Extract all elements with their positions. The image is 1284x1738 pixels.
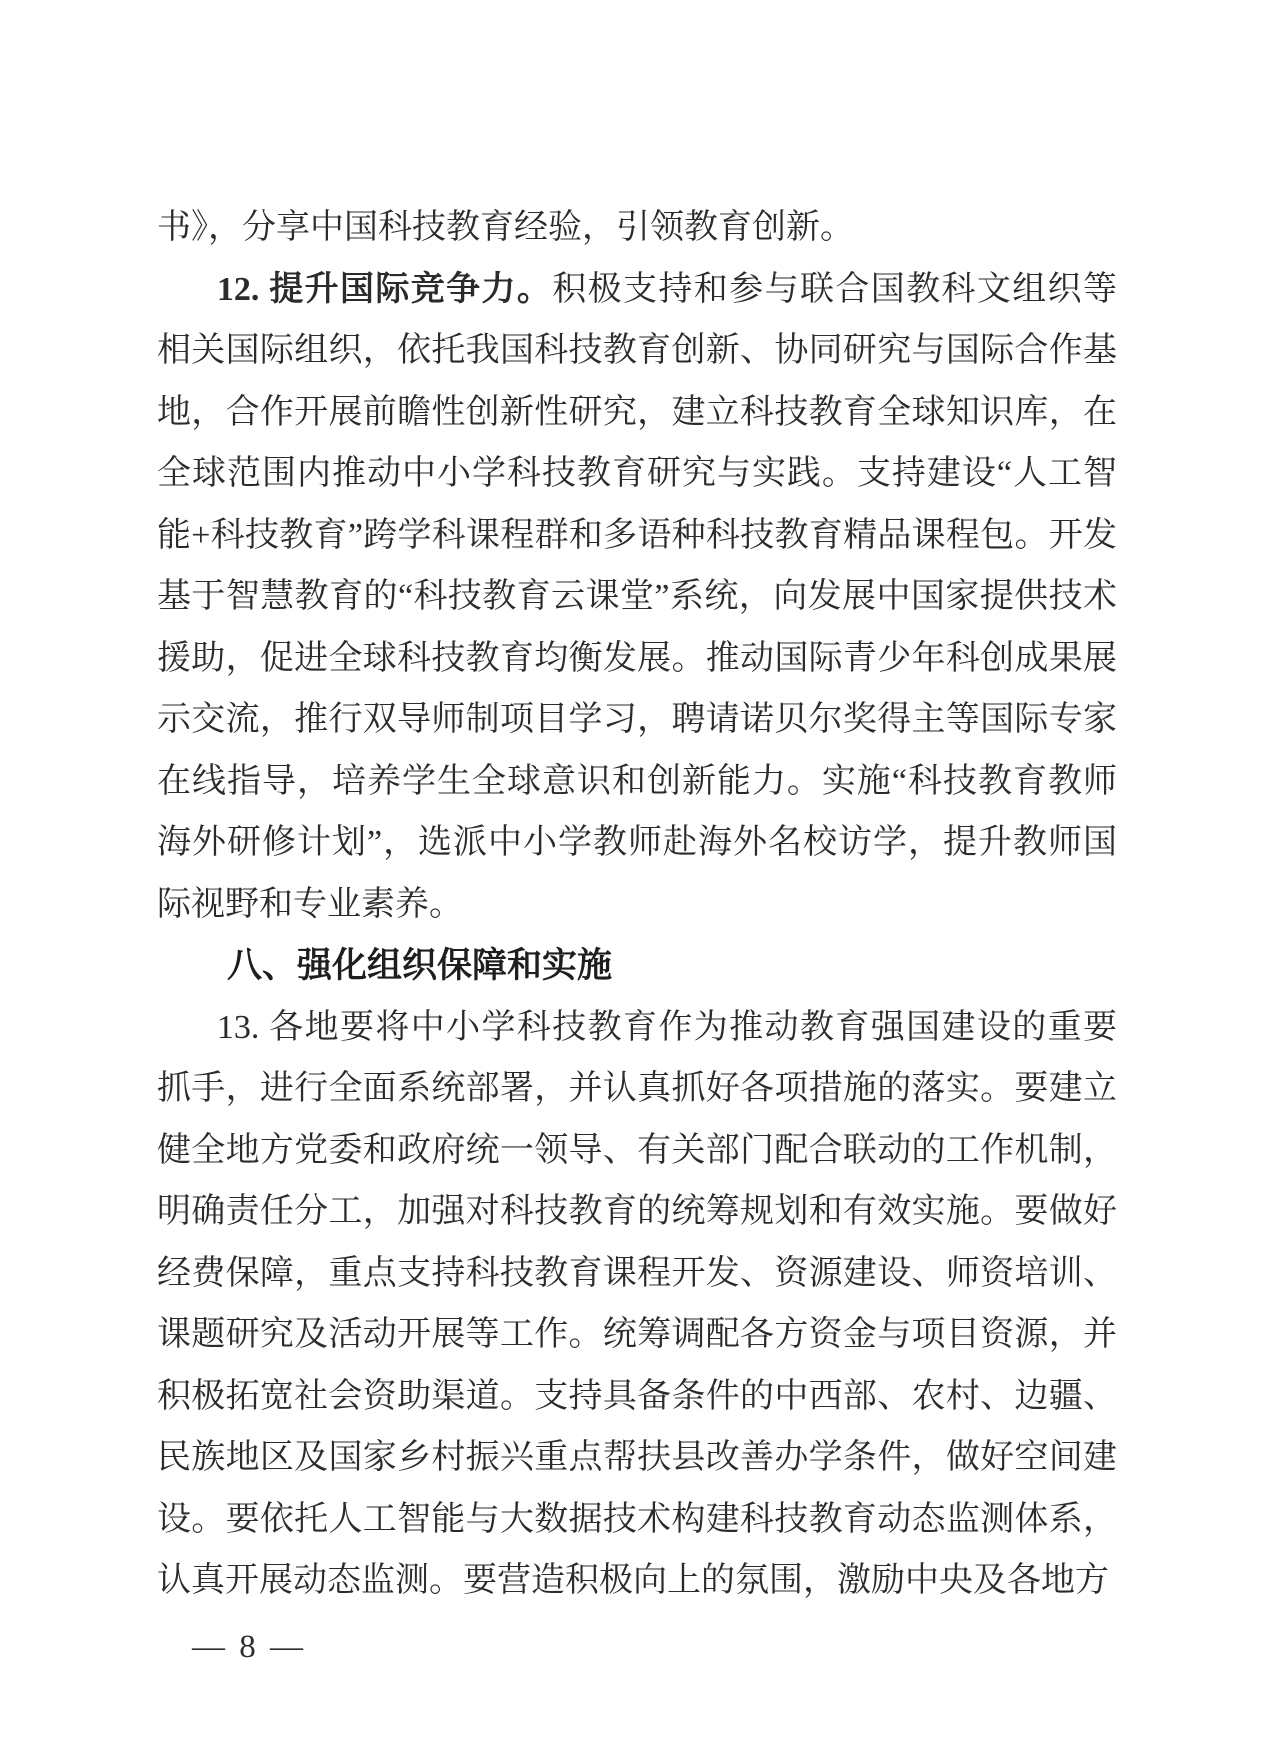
document-page: 书》，分享中国科技教育经验，引领教育创新。12. 提升国际竞争力。积极支持和参与… <box>0 0 1284 1738</box>
body-paragraph: 12. 提升国际竞争力。积极支持和参与联合国教科文组织等相关国际组织，依托我国科… <box>157 259 1117 936</box>
body-paragraph: 13. 各地要将中小学科技教育作为推动教育强国建设的重要抓手，进行全面系统部署，… <box>157 997 1117 1612</box>
body-paragraph: 书》，分享中国科技教育经验，引领教育创新。 <box>157 197 1117 259</box>
section-heading: 八、强化组织保障和实施 <box>157 935 1117 997</box>
page-footer: — 8 — <box>192 1629 306 1666</box>
paragraph-lead: 12. 提升国际竞争力。 <box>217 271 552 308</box>
text-block: 书》，分享中国科技教育经验，引领教育创新。12. 提升国际竞争力。积极支持和参与… <box>157 197 1117 1612</box>
page-number: — 8 — <box>192 1629 306 1665</box>
paragraph-text: 积极支持和参与联合国教科文组织等相关国际组织，依托我国科技教育创新、协同研究与国… <box>157 271 1117 923</box>
